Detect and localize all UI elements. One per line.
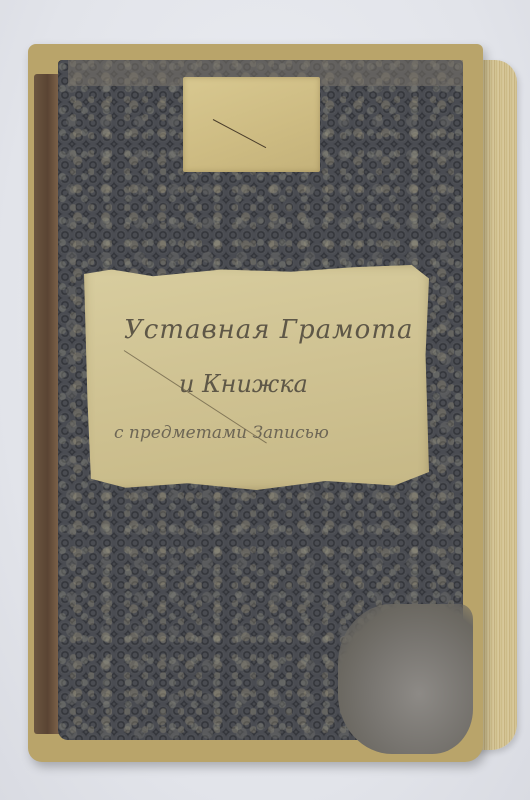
title-line-1: Уставная Грамота	[124, 315, 413, 345]
title-paper-label: Уставная Грамота и Книжка с предметами З…	[84, 265, 429, 490]
small-paper-label	[183, 77, 320, 172]
worn-corner	[338, 604, 473, 754]
book-cover: Уставная Грамота и Книжка с предметами З…	[28, 44, 483, 762]
title-line-2: и Книжка	[179, 370, 308, 398]
label-crack	[213, 119, 266, 148]
title-line-3: с предметами Записью	[114, 423, 329, 443]
